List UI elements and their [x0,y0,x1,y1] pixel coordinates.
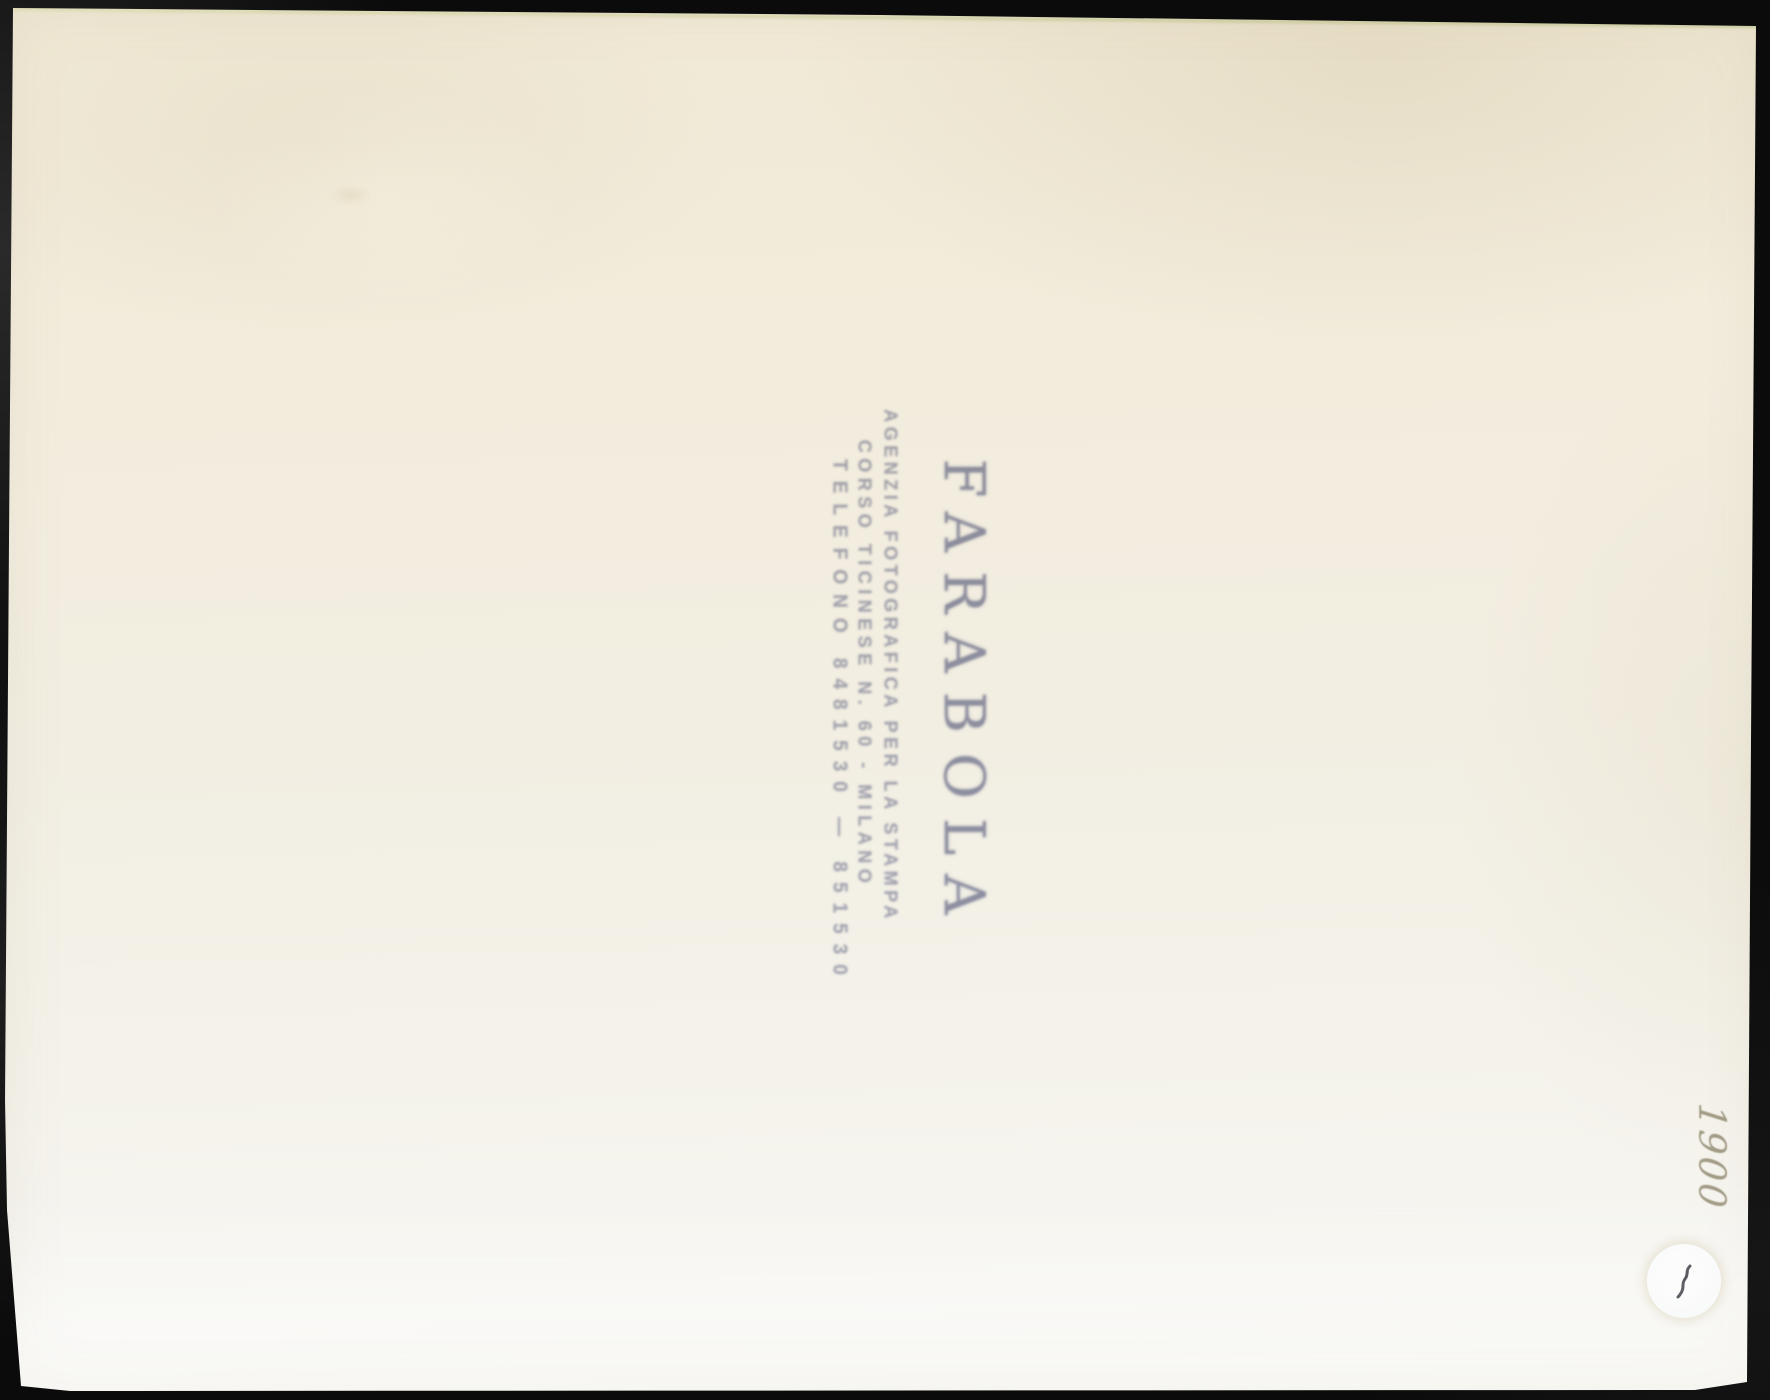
stamp-agency-name: FARABOLA [928,396,998,996]
stamp-agency-phone: TELEFONO 8481530 — 851530 [825,422,852,1022]
stamp-agency-address: CORSO TICINESE N. 60 - MILANO [851,364,878,964]
stamp-agency-subtitle: AGENZIA FOTOGRAFICA PER LA STAMPA [877,366,904,966]
sticker-scribble-icon [1647,1244,1721,1318]
agency-stamp: FARABOLA AGENZIA FOTOGRAFICA PER LA STAM… [826,414,998,1014]
photo-back-scan: FARABOLA AGENZIA FOTOGRAFICA PER LA STAM… [0,0,1770,1400]
photo-paper: FARABOLA AGENZIA FOTOGRAFICA PER LA STAM… [0,0,1770,1400]
paper-blemish [330,185,372,205]
paper-sheen [0,1180,1770,1400]
pencil-annotation: 1900 [1691,1101,1734,1212]
round-sticker [1647,1244,1721,1318]
paper-top-edge [12,7,1758,28]
